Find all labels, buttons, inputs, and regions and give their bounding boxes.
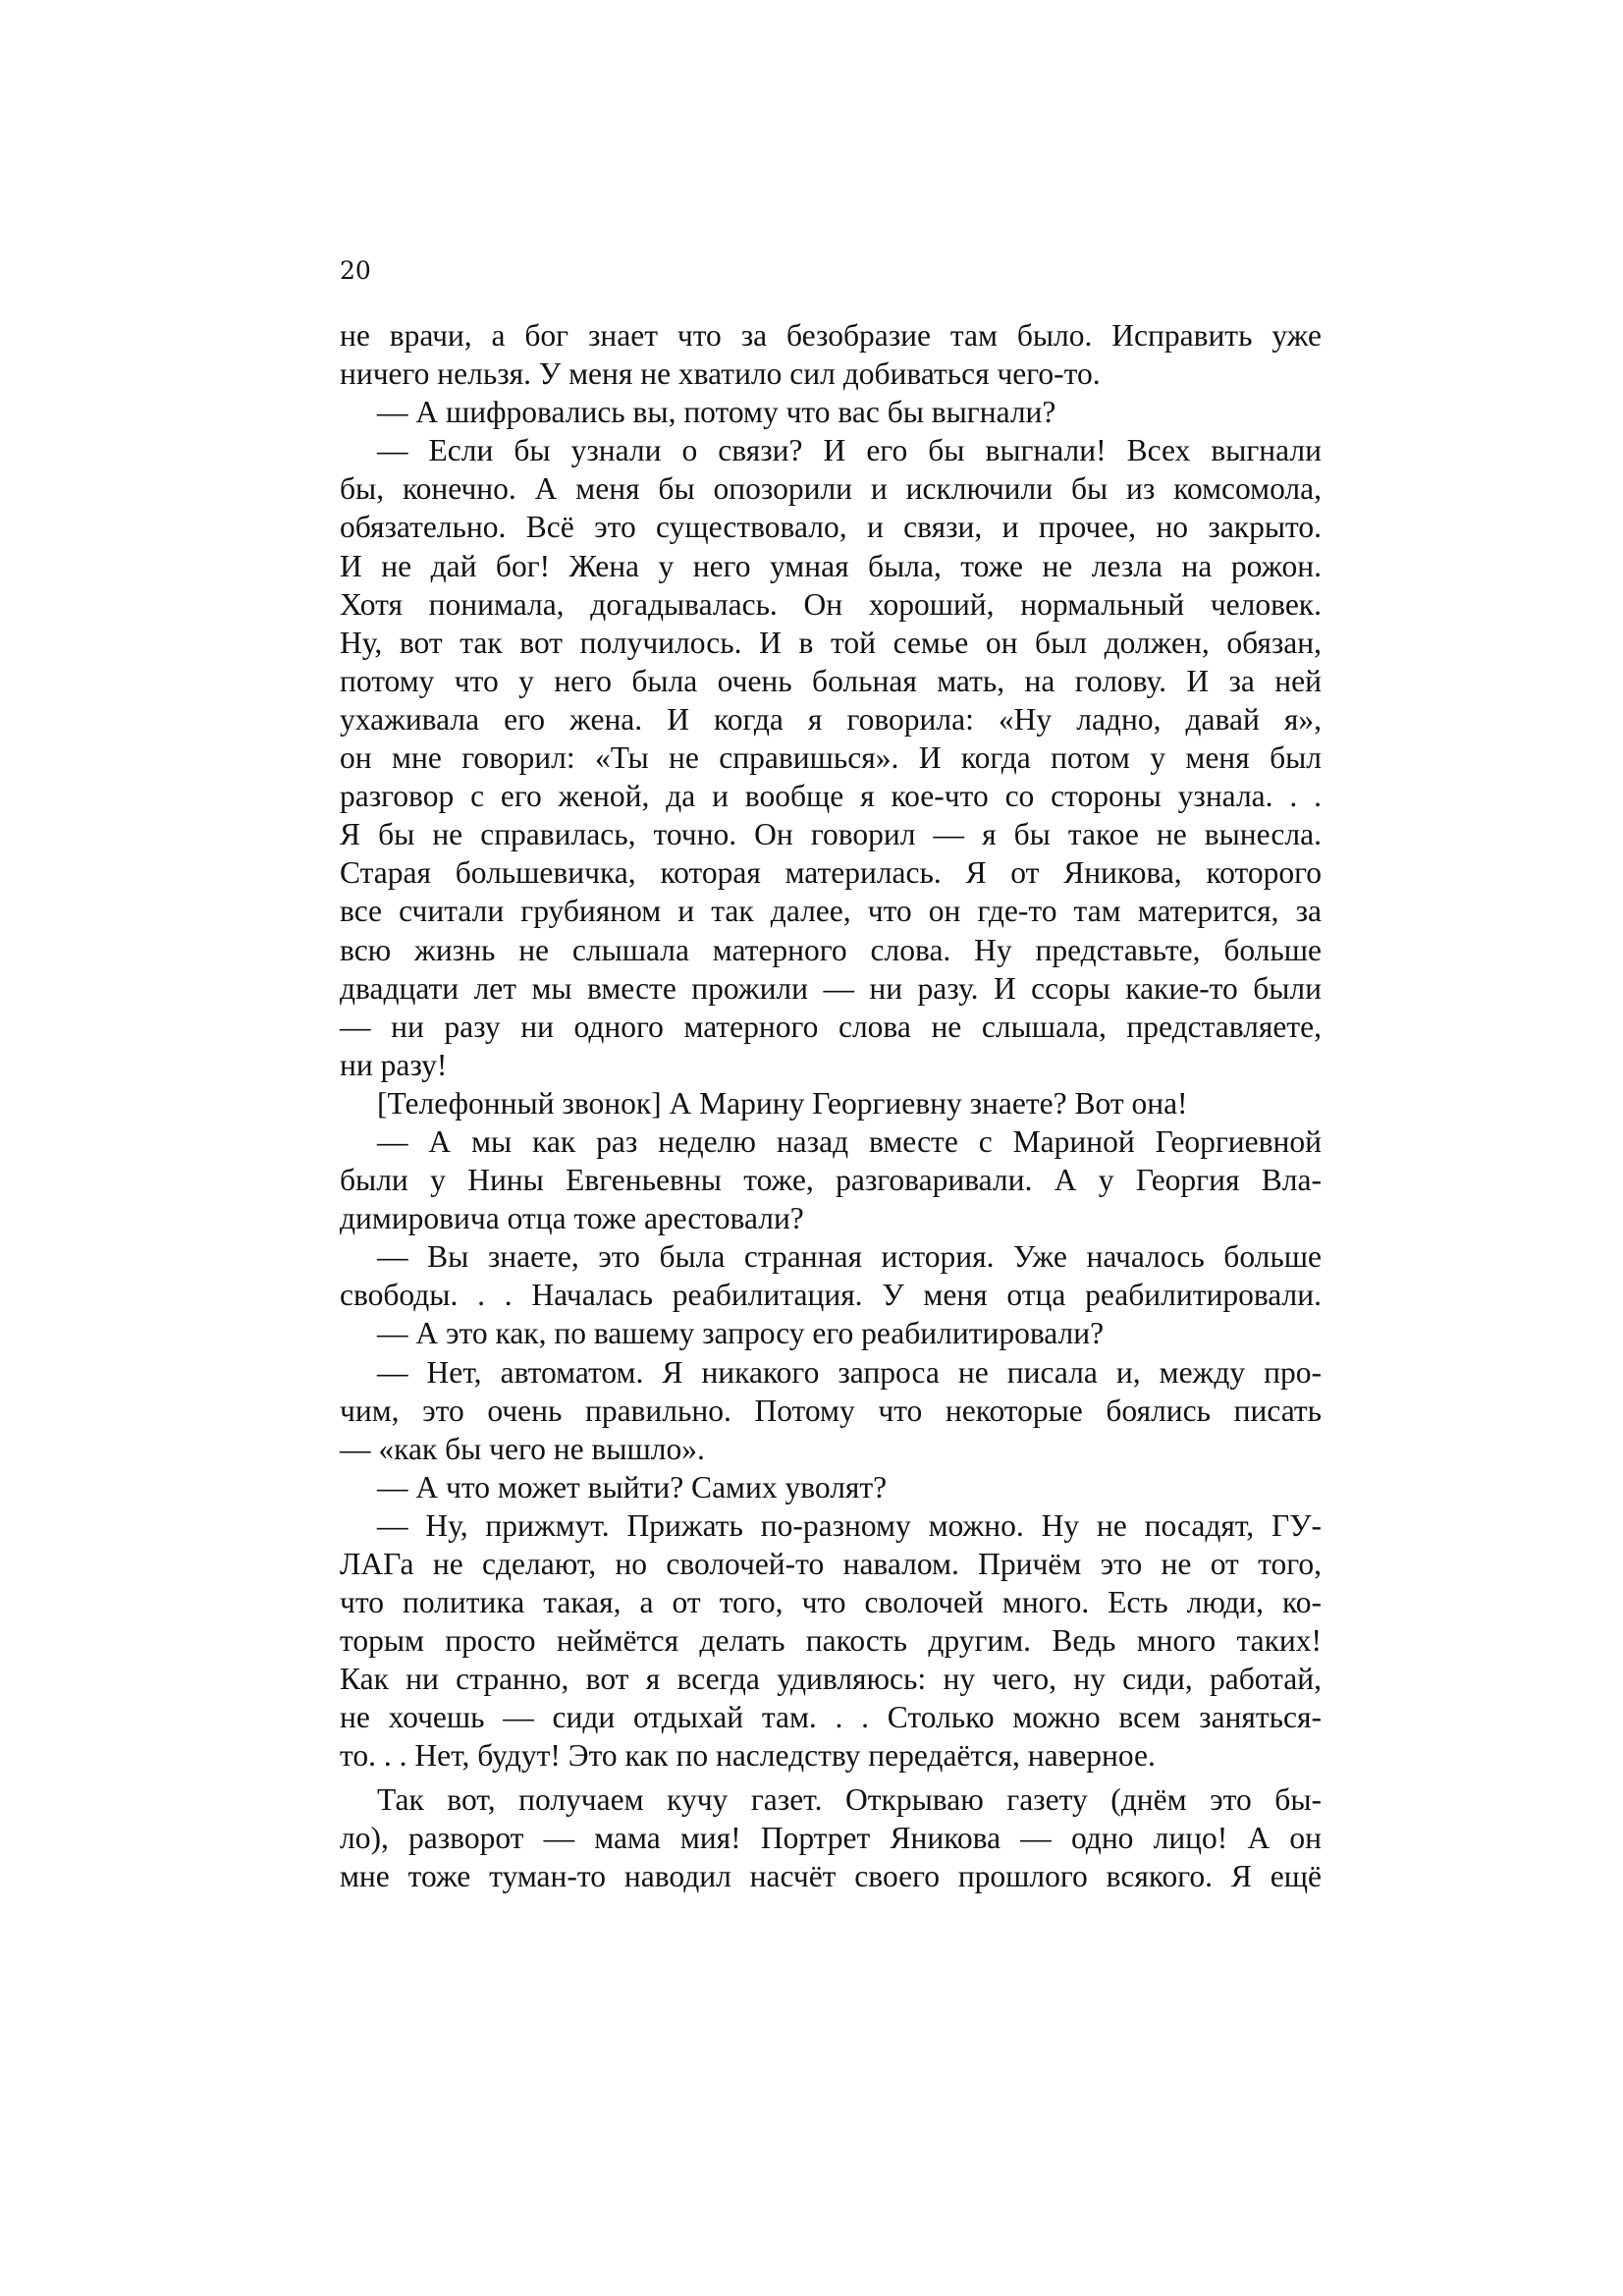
text-line: то. . . Нет, будут! Это как по наследств… (340, 1736, 1322, 1775)
text-line: не врачи, а бог знает что за безобразие … (340, 316, 1322, 355)
text-line: обязательно. Всё это существовало, и свя… (340, 508, 1322, 546)
text-line: что политика такая, а от того, что своло… (340, 1583, 1322, 1621)
document-page: 20 не врачи, а бог знает что за безобраз… (0, 0, 1623, 2296)
text-line: — А шифровались вы, потому что вас бы вы… (340, 393, 1322, 431)
text-line: — ни разу ни одного матерного слова не с… (340, 1008, 1322, 1046)
text-line: ни разу! (340, 1046, 1322, 1084)
text-line: Так вот, получаем кучу газет. Открываю г… (340, 1780, 1322, 1819)
text-line: — Нет, автоматом. Я никакого запроса не … (340, 1353, 1322, 1392)
text-line: двадцати лет мы вместе прожили — ни разу… (340, 969, 1322, 1008)
text-line: бы, конечно. А меня бы опозорили и исклю… (340, 469, 1322, 508)
text-line: — Ну, прижмут. Прижать по-разному можно.… (340, 1506, 1322, 1545)
page-number: 20 (340, 257, 371, 285)
text-line: ЛАГа не сделают, но сволочей-то навалом.… (340, 1545, 1322, 1583)
text-line: Ну, вот так вот получилось. И в той семь… (340, 624, 1322, 662)
text-line: торым просто неймётся делать пакость дру… (340, 1621, 1322, 1660)
body-text: не врачи, а бог знает что за безобразие … (340, 316, 1322, 1895)
text-line: ло), разворот — мама мия! Портрет Яников… (340, 1819, 1322, 1857)
text-line: — Если бы узнали о связи? И его бы выгна… (340, 431, 1322, 469)
text-line: И не дай бог! Жена у него умная была, то… (340, 547, 1322, 585)
text-line: потому что у него была очень больная мат… (340, 662, 1322, 700)
text-line: всю жизнь не слышала матерного слова. Ну… (340, 931, 1322, 969)
text-line: он мне говорил: «Ты не справишься». И ко… (340, 738, 1322, 777)
text-line: ухаживала его жена. И когда я говорила: … (340, 700, 1322, 738)
text-line: димировича отца тоже арестовали? (340, 1199, 1322, 1237)
text-line: мне тоже туман-то наводил насчёт своего … (340, 1857, 1322, 1895)
text-line: — А мы как раз неделю назад вместе с Мар… (340, 1122, 1322, 1161)
text-line: были у Нины Евгеньевны тоже, разговарива… (340, 1161, 1322, 1199)
text-line: — «как бы чего не вышло». (340, 1430, 1322, 1468)
text-line: не хочешь — сиди отдыхай там. . . Стольк… (340, 1698, 1322, 1736)
text-line: ничего нельзя. У меня не хватило сил доб… (340, 355, 1322, 393)
text-line: свободы. . . Началась реабилитация. У ме… (340, 1276, 1322, 1314)
text-line: все считали грубияном и так далее, что о… (340, 892, 1322, 930)
text-line: Старая большевичка, которая материлась. … (340, 853, 1322, 892)
text-line: [Телефонный звонок] А Марину Георгиевну … (340, 1084, 1322, 1122)
text-line: разговор с его женой, да и вообще я кое-… (340, 777, 1322, 815)
text-line: чим, это очень правильно. Потому что нек… (340, 1392, 1322, 1430)
text-line: Я бы не справилась, точно. Он говорил — … (340, 815, 1322, 853)
text-line: Хотя понимала, догадывалась. Он хороший,… (340, 585, 1322, 624)
text-line: — А это как, по вашему запросу его реаби… (340, 1314, 1322, 1352)
text-line: Как ни странно, вот я всегда удивляюсь: … (340, 1660, 1322, 1698)
text-line: — Вы знаете, это была странная история. … (340, 1237, 1322, 1276)
text-line: — А что может выйти? Самих уволят? (340, 1468, 1322, 1506)
